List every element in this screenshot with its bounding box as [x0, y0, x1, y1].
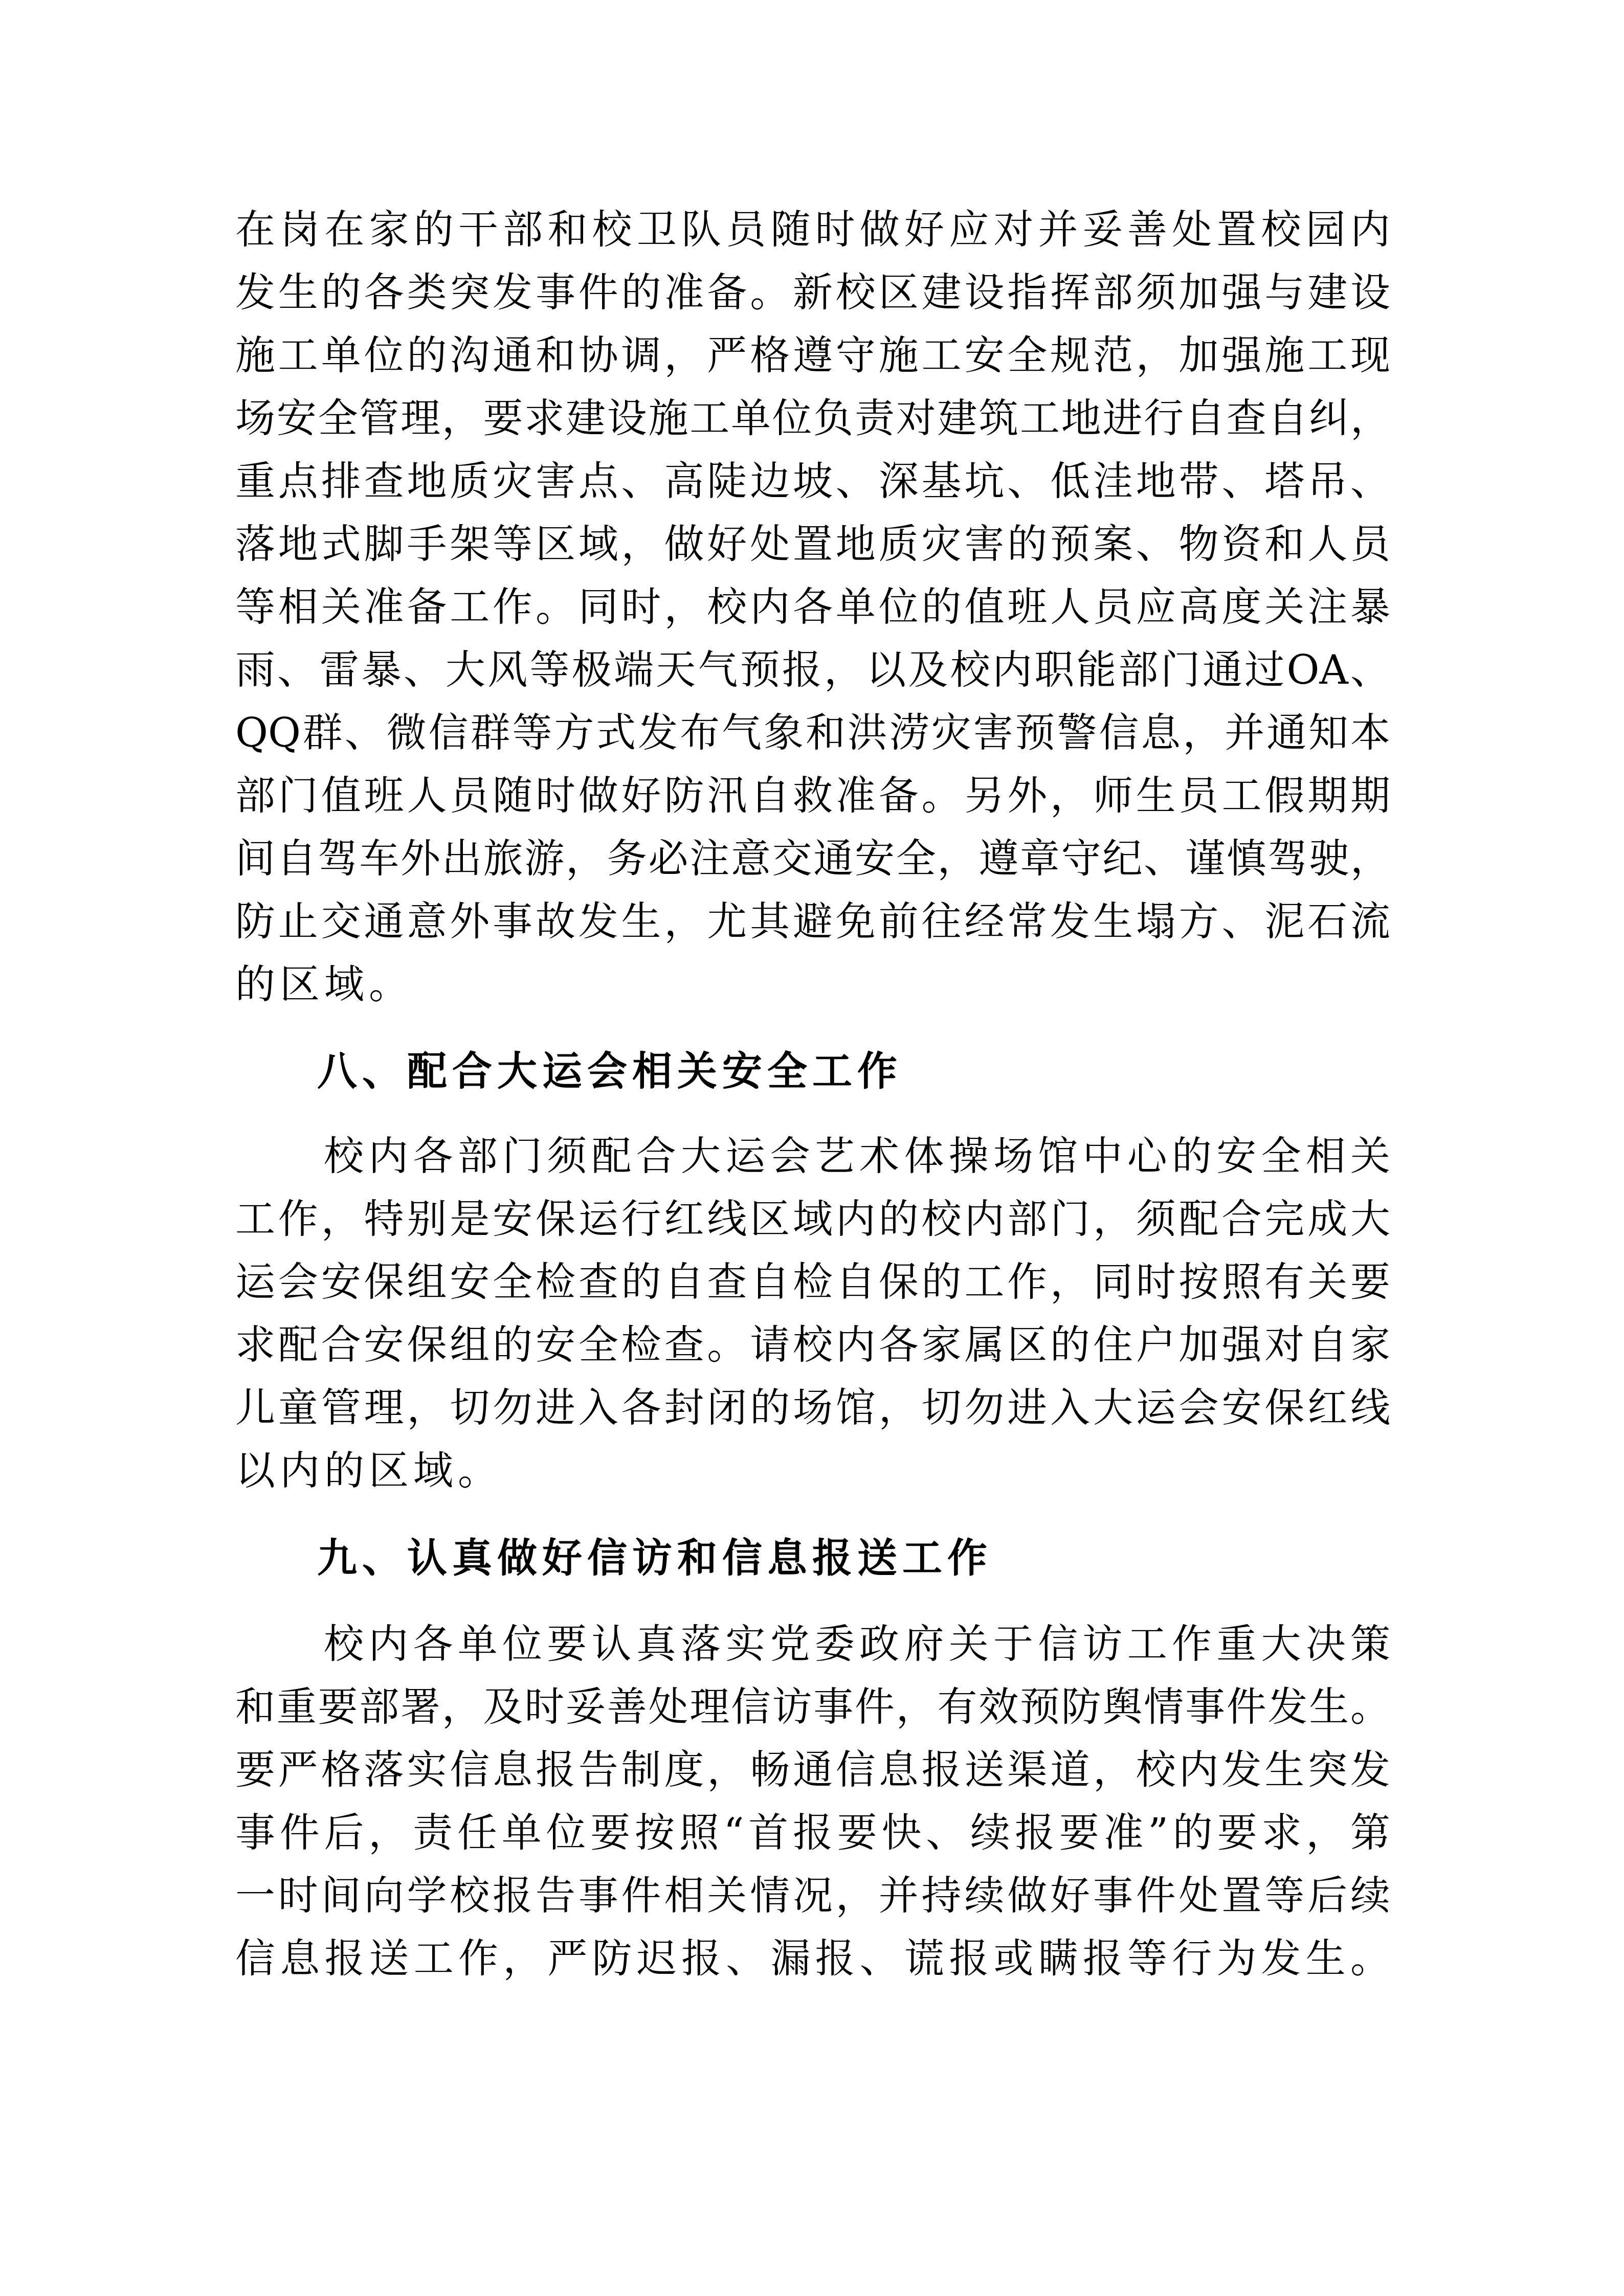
section-heading-9: 九、认真做好信访和信息报送工作	[317, 1533, 992, 1584]
text-line: 校内各单位要认真落实党委政府关于信访工作重大决策	[324, 1619, 1390, 1670]
text-line: 发生的各类突发事件的准备。新校区建设指挥部须加强与建设	[235, 267, 1390, 319]
text-line: 要严格落实信息报告制度，畅通信息报送渠道，校内发生突发	[235, 1745, 1390, 1796]
text-line: 的区域。	[235, 959, 1390, 1010]
text-line: 工作，特别是安保运行红线区域内的校内部门，须配合完成大	[235, 1194, 1390, 1245]
text-line: 事件后，责任单位要按照“首报要快、续报要准”的要求，第	[235, 1808, 1390, 1859]
text-line: 求配合安保组的安全检查。请校内各家属区的住户加强对自家	[235, 1320, 1390, 1371]
text-line: 在岗在家的干部和校卫队员随时做好应对并妥善处置校园内	[235, 205, 1390, 256]
text-line: 以内的区域。	[235, 1446, 1390, 1497]
text-line: 间自驾车外出旅游，务必注意交通安全，遵章守纪、谨慎驾驶，	[235, 834, 1390, 885]
text-line: 重点排查地质灾害点、高陡边坡、深基坑、低洼地带、塔吊、	[235, 456, 1390, 507]
text-line: 校内各部门须配合大运会艺术体操场馆中心的安全相关	[324, 1131, 1390, 1182]
text-line: 防止交通意外事故发生，尤其避免前往经常发生塌方、泥石流	[235, 896, 1390, 948]
text-line: 儿童管理，切勿进入各封闭的场馆，切勿进入大运会安保红线	[235, 1383, 1390, 1434]
text-line: 场安全管理，要求建设施工单位负责对建筑工地进行自查自纠，	[235, 393, 1390, 444]
document-page: 在岗在家的干部和校卫队员随时做好应对并妥善处置校园内 发生的各类突发事件的准备。…	[0, 0, 1624, 2296]
text-line: 部门值班人员随时做好防汛自救准备。另外，师生员工假期期	[235, 771, 1390, 822]
section-heading-8: 八、配合大运会相关安全工作	[317, 1046, 902, 1097]
text-line: 雨、雷暴、大风等极端天气预报，以及校内职能部门通过OA、	[235, 645, 1390, 696]
text-line: 信息报送工作，严防迟报、漏报、谎报或瞒报等行为发生。	[235, 1933, 1390, 1985]
text-line: 运会安保组安全检查的自查自检自保的工作，同时按照有关要	[235, 1257, 1390, 1308]
text-line: 一时间向学校报告事件相关情况，并持续做好事件处置等后续	[235, 1871, 1390, 1922]
text-line: 施工单位的沟通和协调，严格遵守施工安全规范，加强施工现	[235, 330, 1390, 381]
text-line: 等相关准备工作。同时，校内各单位的值班人员应高度关注暴	[235, 582, 1390, 633]
text-line: 和重要部署，及时妥善处理信访事件，有效预防舆情事件发生。	[235, 1682, 1390, 1733]
text-line: QQ群、微信群等方式发布气象和洪涝灾害预警信息，并通知本	[235, 708, 1390, 759]
text-line: 落地式脚手架等区域，做好处置地质灾害的预案、物资和人员	[235, 519, 1390, 570]
